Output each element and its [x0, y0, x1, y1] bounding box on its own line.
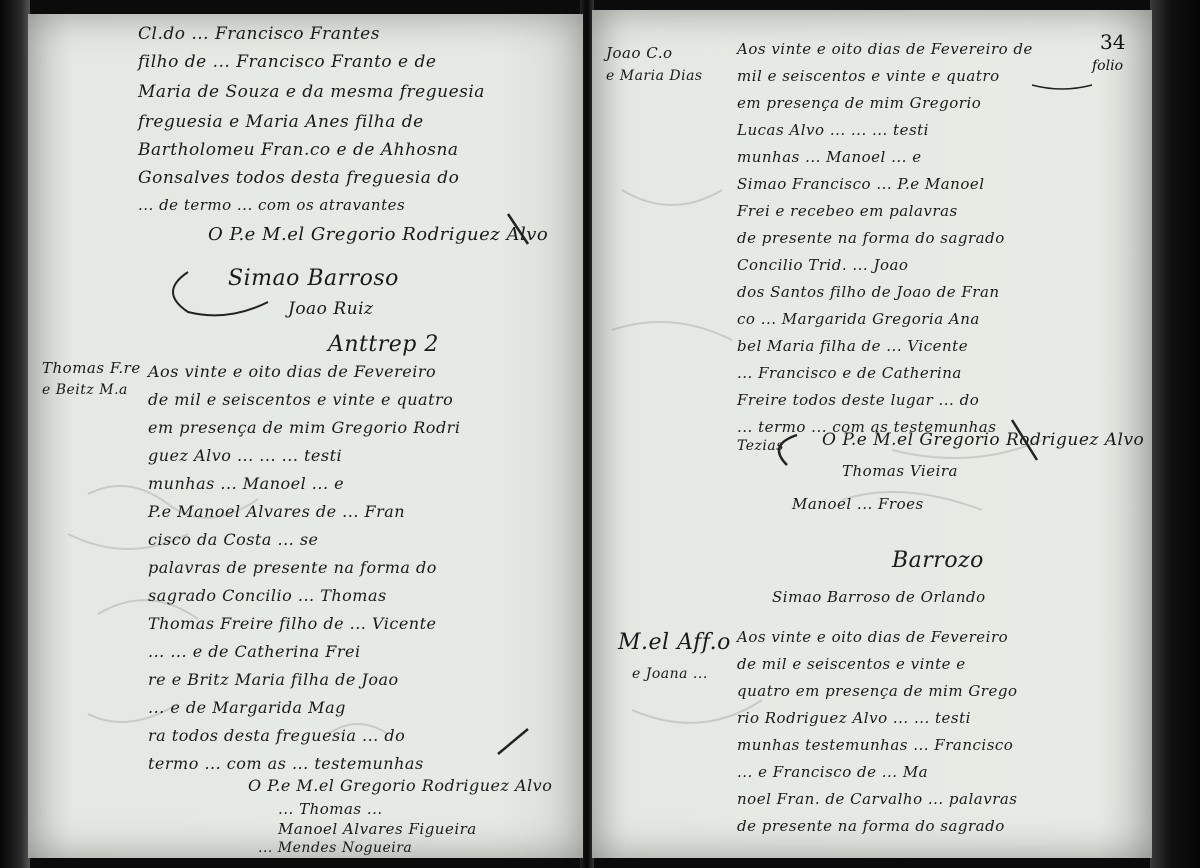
text-line: dos Santos filho de Joao de Fran [737, 283, 1000, 301]
margin-line: e Joana ... [632, 666, 708, 682]
page-number: 34 [1100, 30, 1125, 54]
text-line: de presente na forma do sagrado [737, 229, 1005, 247]
signature-witness: Joao Ruiz [288, 299, 373, 319]
text-line: Simao Francisco ... P.e Manoel [737, 175, 985, 193]
text-line: munhas ... Manoel ... e [737, 148, 922, 166]
text-line: Cl.do ... Francisco Frantes [138, 24, 380, 44]
text-line: Aos vinte e oito dias de Fevereiro de [737, 40, 1033, 58]
text-line: quatro em presença de mim Grego [737, 682, 1018, 700]
text-line: Bartholomeu Fran.co e de Ahhosna [138, 140, 459, 160]
margin-line: Thomas F.re [42, 359, 141, 377]
text-line: rio Rodriguez Alvo ... ... testi [737, 709, 971, 727]
text-line: Maria de Souza e da mesma freguesia [138, 82, 485, 102]
folio-mark: folio [1092, 58, 1123, 74]
signature-witness: Manoel ... Froes [792, 495, 924, 513]
text-line: em presença de mim Gregorio Rodri [148, 418, 460, 437]
text-line: guez Alvo ... ... ... testi [148, 446, 342, 465]
right-binding-edge [1150, 0, 1200, 868]
text-line: Freire todos deste lugar ... do [737, 391, 979, 409]
text-line: Tezias [737, 438, 784, 454]
margin-line: e Beitz M.a [42, 382, 128, 398]
text-line: de mil e seiscentos e vinte e [737, 655, 966, 673]
text-line: em presença de mim Gregorio [737, 94, 981, 112]
text-line: Thomas Freire filho de ... Vicente [148, 614, 437, 633]
text-line: P.e Manoel Alvares de ... Fran [148, 502, 405, 521]
text-line: termo ... com as ... testemunhas [148, 754, 424, 773]
text-line: ra todos desta freguesia ... do [148, 726, 405, 745]
left-binding-edge [0, 0, 30, 868]
text-line: re e Britz Maria filha de Joao [148, 670, 399, 689]
text-line: munhas ... Manoel ... e [148, 474, 344, 493]
text-line: palavras de presente na forma do [148, 558, 437, 577]
text-line: ... e Francisco de ... Ma [737, 763, 928, 781]
signature-witness: ... Thomas ... [278, 800, 383, 818]
text-line: ... e de Margarida Mag [148, 698, 346, 717]
margin-line: M.el Aff.o [618, 630, 731, 655]
text-line: freguesia e Maria Anes filha de [138, 112, 424, 132]
text-line: de presente na forma do sagrado [737, 817, 1005, 835]
entry-heading: Barrozo [892, 548, 984, 573]
text-line: Frei e recebeo em palavras [737, 202, 958, 220]
left-page: Cl.do ... Francisco Frantes filho de ...… [28, 14, 583, 858]
text-line: munhas testemunhas ... Francisco [737, 736, 1013, 754]
text-line: de mil e seiscentos e vinte e quatro [148, 390, 453, 409]
signature-witness: Manoel Alvares Figueira [278, 820, 477, 838]
text-line: sagrado Concilio ... Thomas [148, 586, 387, 605]
margin-line: Joao C.o [606, 44, 673, 62]
text-line: Aos vinte e oito dias de Fevereiro [148, 362, 436, 381]
signature-priest: O P.e M.el Gregorio Rodriguez Alvo [208, 224, 548, 245]
text-line: Aos vinte e oito dias de Fevereiro [737, 628, 1008, 646]
signature-witness: ... Mendes Nogueira [258, 840, 412, 856]
text-line: ... Francisco e de Catherina [737, 364, 962, 382]
text-line: co ... Margarida Gregoria Ana [737, 310, 980, 328]
text-line: ... ... e de Catherina Frei [148, 642, 361, 661]
signature-priest: O P.e M.el Gregorio Rodriguez Alvo [822, 430, 1144, 450]
text-line: Concilio Trid. ... Joao [737, 256, 908, 274]
text-line: Gonsalves todos desta freguesia do [138, 168, 459, 188]
entry-subheading: Simao Barroso de Orlando [772, 588, 986, 606]
margin-line: e Maria Dias [606, 68, 703, 84]
right-page: 34 folio Joao C.o e Maria Dias Aos vinte… [592, 10, 1152, 858]
text-line: noel Fran. de Carvalho ... palavras [737, 790, 1018, 808]
text-line: mil e seiscentos e vinte e quatro [737, 67, 1000, 85]
signature-witness: Simao Barroso [228, 266, 399, 291]
signature-priest: O P.e M.el Gregorio Rodriguez Alvo [248, 776, 552, 795]
text-line: cisco da Costa ... se [148, 530, 319, 549]
text-line: ... de termo ... com os atravantes [138, 196, 405, 214]
text-line: Lucas Alvo ... ... ... testi [737, 121, 929, 139]
text-line: bel Maria filha de ... Vicente [737, 337, 968, 355]
signature-witness: Thomas Vieira [842, 462, 958, 480]
entry-heading: Anttrep 2 [328, 332, 439, 357]
text-line: filho de ... Francisco Franto e de [138, 52, 436, 72]
